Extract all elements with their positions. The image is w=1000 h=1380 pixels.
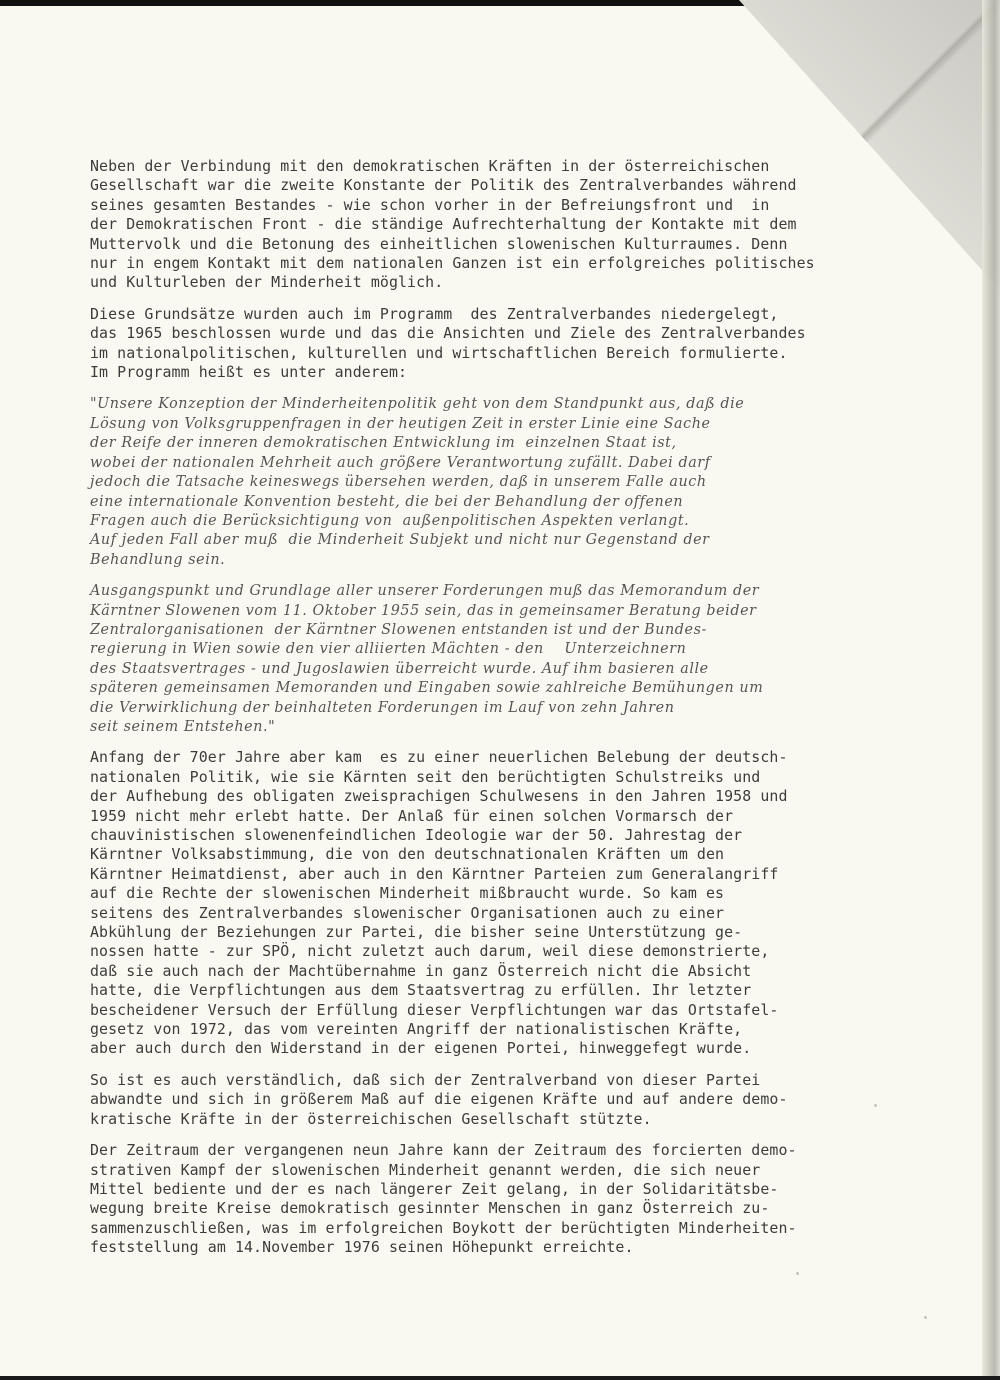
text-line: Gesellschaft war die zweite Konstante de… [90, 176, 874, 195]
text-line: Behandlung sein. [90, 550, 874, 569]
text-line: Anfang der 70er Jahre aber kam es zu ein… [90, 748, 874, 767]
text-line: "Unsere Konzeption der Minderheitenpolit… [90, 394, 874, 413]
text-line: Lösung von Volksgruppenfragen in der heu… [90, 414, 874, 433]
text-line: Muttervolk und die Betonung des einheitl… [90, 235, 874, 254]
text-line: späteren gemeinsamen Memoranden und Eing… [90, 678, 874, 697]
text-line: Im Programm heißt es unter anderem: [90, 363, 874, 382]
paragraph-contacts-motherland: Neben der Verbindung mit den demokratisc… [90, 157, 890, 293]
text-line: feststellung am 14.November 1976 seinen … [90, 1238, 874, 1257]
text-line: des Staatsvertrages - und Jugoslawien üb… [90, 659, 874, 678]
text-line: seitens des Zentralverbandes slowenische… [90, 904, 874, 923]
text-line: Auf jeden Fall aber muß die Minderheit S… [90, 530, 874, 549]
paragraph-programme-intro: Diese Grundsätze wurden auch im Programm… [90, 305, 890, 383]
quote-minority-policy: "Unsere Konzeption der Minderheitenpolit… [90, 394, 890, 569]
text-line: gesetz von 1972, das vom vereinten Angri… [90, 1020, 874, 1039]
text-line: 1959 nicht mehr erlebt hatte. Der Anlaß … [90, 807, 874, 826]
text-line: sammenzuschließen, was im erfolgreichen … [90, 1219, 874, 1238]
text-line: nossen hatte - zur SPÖ, nicht zuletzt au… [90, 942, 874, 961]
text-line: Mittel bediente und der es nach längerer… [90, 1180, 874, 1199]
text-line: hatte, die Verpflichtungen aus dem Staat… [90, 981, 874, 1000]
text-line: abwandte und sich in größerem Maß auf di… [90, 1090, 874, 1109]
document-body: Neben der Verbindung mit den demokratisc… [90, 157, 890, 1270]
paragraph-nine-years: Der Zeitraum der vergangenen neun Jahre … [90, 1141, 890, 1257]
text-line: seit seinem Entstehen." [90, 717, 874, 736]
text-line: So ist es auch verständlich, daß sich de… [90, 1071, 874, 1090]
text-line: wegung breite Kreise demokratisch gesinn… [90, 1199, 874, 1218]
text-line: Kärntner Heimatdienst, aber auch in den … [90, 865, 874, 884]
quote-memorandum: Ausgangspunkt und Grundlage aller unsere… [90, 581, 890, 736]
text-line: chauvinistischen slowenenfeindlichen Ide… [90, 826, 874, 845]
text-line: jedoch die Tatsache keineswegs übersehen… [90, 472, 874, 491]
text-line: Neben der Verbindung mit den demokratisc… [90, 157, 874, 176]
text-line: kratische Kräfte in der österreichischen… [90, 1110, 874, 1129]
page-edge-right [982, 0, 1000, 1380]
text-line: auf die Rechte der slowenischen Minderhe… [90, 884, 874, 903]
text-line: im nationalpolitischen, kulturellen und … [90, 344, 874, 363]
text-line: strativen Kampf der slowenischen Minderh… [90, 1161, 874, 1180]
text-line: Abkühlung der Beziehungen zur Partei, di… [90, 923, 874, 942]
text-line: und Kulturleben der Minderheit möglich. [90, 273, 874, 292]
text-line: der Reife der inneren demokratischen Ent… [90, 433, 874, 452]
text-line: daß sie auch nach der Machtübernahme in … [90, 962, 874, 981]
text-line: eine internationale Konvention besteht, … [90, 492, 874, 511]
scan-border-bottom [0, 1376, 1000, 1380]
text-line: Fragen auch die Berücksichtigung von auß… [90, 511, 874, 530]
text-line: regierung in Wien sowie den vier alliier… [90, 639, 874, 658]
text-line: die Verwirklichung der beinhalteten Ford… [90, 698, 874, 717]
text-line: aber auch durch den Widerstand in der ei… [90, 1039, 874, 1058]
text-line: das 1965 beschlossen wurde und das die A… [90, 324, 874, 343]
scan-speck [874, 1104, 877, 1107]
paragraph-turn-away: So ist es auch verständlich, daß sich de… [90, 1071, 890, 1129]
scan-speck [924, 1316, 927, 1319]
text-line: Kärntner Volksabstimmung, die von den de… [90, 845, 874, 864]
text-line: der Aufhebung des obligaten zweisprachig… [90, 787, 874, 806]
text-line: der Demokratischen Front - die ständige … [90, 215, 874, 234]
paragraph-seventies: Anfang der 70er Jahre aber kam es zu ein… [90, 748, 890, 1059]
text-line: Kärntner Slowenen vom 11. Oktober 1955 s… [90, 601, 874, 620]
text-line: bescheidener Versuch der Erfüllung diese… [90, 1001, 874, 1020]
text-line: Der Zeitraum der vergangenen neun Jahre … [90, 1141, 874, 1160]
scan-speck [796, 1272, 799, 1275]
text-line: seines gesamten Bestandes - wie schon vo… [90, 196, 874, 215]
text-line: Ausgangspunkt und Grundlage aller unsere… [90, 581, 874, 600]
text-line: Diese Grundsätze wurden auch im Programm… [90, 305, 874, 324]
text-line: Zentralorganisationen der Kärntner Slowe… [90, 620, 874, 639]
text-line: wobei der nationalen Mehrheit auch größe… [90, 453, 874, 472]
text-line: nur in engem Kontakt mit dem nationalen … [90, 254, 874, 273]
text-line: nationalen Politik, wie sie Kärnten seit… [90, 768, 874, 787]
